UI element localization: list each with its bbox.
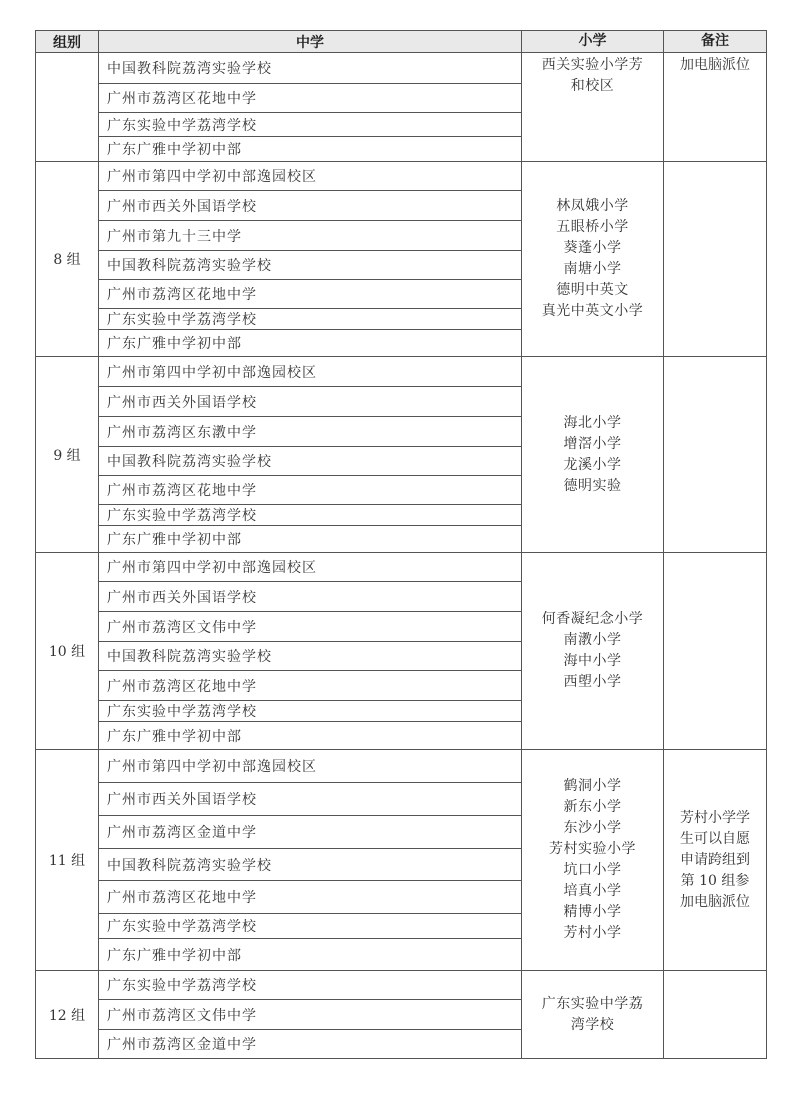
group-label-text: 8 组 <box>53 252 80 268</box>
middle-school-cell: 广州市荔湾区花地中学 <box>99 881 522 914</box>
middle-school-cell: 广州市第四中学初中部逸园校区 <box>99 553 522 582</box>
note-text: 生可以自愿 <box>664 829 766 850</box>
note-text: 芳村小学学 <box>664 808 766 829</box>
middle-school-cell: 广州市第四中学初中部逸园校区 <box>99 357 522 387</box>
primary-school-name: 南塘小学 <box>522 259 663 280</box>
primary-school-cell: 林凤娥小学五眼桥小学葵蓬小学南塘小学德明中英文真光中英文小学 <box>522 162 664 357</box>
middle-school-name: 广州市荔湾区花地中学 <box>107 287 257 303</box>
middle-school-cell: 广州市荔湾区金道中学 <box>99 1030 522 1059</box>
middle-school-cell: 广州市荔湾区东漖中学 <box>99 417 522 447</box>
middle-school-cell: 中国教科院荔湾实验学校 <box>99 849 522 881</box>
middle-school-name: 广州市第四中学初中部逸园校区 <box>107 169 317 185</box>
group-label-text: 12 组 <box>49 1008 85 1024</box>
note-text: 申请跨组到 <box>664 850 766 871</box>
table-row: 8 组广州市第四中学初中部逸园校区林凤娥小学五眼桥小学葵蓬小学南塘小学德明中英文… <box>36 162 767 191</box>
middle-school-cell: 广州市西关外国语学校 <box>99 191 522 221</box>
middle-school-cell: 广州市荔湾区花地中学 <box>99 476 522 505</box>
middle-school-cell: 广州市荔湾区花地中学 <box>99 671 522 701</box>
middle-school-name: 广州市西关外国语学校 <box>107 395 257 411</box>
note-text: 加电脑派位 <box>664 892 766 913</box>
primary-school-name: 西塱小学 <box>522 672 663 693</box>
primary-school-name: 龙溪小学 <box>522 455 663 476</box>
note-cell: 加电脑派位 <box>664 53 767 162</box>
primary-school-name: 五眼桥小学 <box>522 217 663 238</box>
middle-school-name: 中国教科院荔湾实验学校 <box>107 454 272 470</box>
school-assignment-table: 组别 中学 小学 备注 中国教科院荔湾实验学校西关实验小学芳和校区加电脑派位广州… <box>35 30 767 1059</box>
middle-school-name: 广州市荔湾区金道中学 <box>107 825 257 841</box>
middle-school-name: 广州市荔湾区花地中学 <box>107 91 257 107</box>
middle-school-cell: 中国教科院荔湾实验学校 <box>99 251 522 280</box>
note-text: 加电脑派位 <box>664 55 766 76</box>
middle-school-name: 中国教科院荔湾实验学校 <box>107 61 272 77</box>
primary-school-name: 真光中英文小学 <box>522 301 663 322</box>
middle-school-cell: 广州市荔湾区花地中学 <box>99 280 522 309</box>
primary-school-name: 德明中英文 <box>522 280 663 301</box>
middle-school-cell: 广州市荔湾区金道中学 <box>99 816 522 849</box>
middle-school-cell: 广东实验中学荔湾学校 <box>99 113 522 137</box>
note-cell <box>664 971 767 1059</box>
middle-school-name: 广东广雅中学初中部 <box>107 948 242 964</box>
primary-school-name: 坑口小学 <box>522 860 663 881</box>
primary-school-name: 和校区 <box>522 76 663 97</box>
middle-school-name: 中国教科院荔湾实验学校 <box>107 649 272 665</box>
header-note: 备注 <box>664 31 767 53</box>
middle-school-cell: 广州市西关外国语学校 <box>99 783 522 816</box>
primary-school-name: 新东小学 <box>522 797 663 818</box>
primary-school-cell: 鹤洞小学新东小学东沙小学芳村实验小学坑口小学培真小学精博小学芳村小学 <box>522 750 664 971</box>
note-cell: 芳村小学学生可以自愿申请跨组到第 10 组参加电脑派位 <box>664 750 767 971</box>
primary-school-name: 西关实验小学芳 <box>522 55 663 76</box>
middle-school-cell: 中国教科院荔湾实验学校 <box>99 53 522 84</box>
primary-school-name: 何香凝纪念小学 <box>522 609 663 630</box>
primary-school-name: 精博小学 <box>522 902 663 923</box>
middle-school-name: 广东广雅中学初中部 <box>107 532 242 548</box>
primary-school-name: 东沙小学 <box>522 818 663 839</box>
middle-school-cell: 广州市荔湾区花地中学 <box>99 84 522 113</box>
primary-school-name: 海中小学 <box>522 651 663 672</box>
header-middle-school: 中学 <box>99 31 522 53</box>
middle-school-name: 广州市荔湾区花地中学 <box>107 679 257 695</box>
group-label: 10 组 <box>36 553 99 750</box>
note-text: 第 10 组参 <box>664 871 766 892</box>
group-label-text: 10 组 <box>49 644 85 660</box>
table-row: 10 组广州市第四中学初中部逸园校区何香凝纪念小学南漖小学海中小学西塱小学 <box>36 553 767 582</box>
table-row: 11 组广州市第四中学初中部逸园校区鹤洞小学新东小学东沙小学芳村实验小学坑口小学… <box>36 750 767 783</box>
middle-school-name: 广东广雅中学初中部 <box>107 336 242 352</box>
primary-school-cell: 何香凝纪念小学南漖小学海中小学西塱小学 <box>522 553 664 750</box>
primary-school-name: 芳村实验小学 <box>522 839 663 860</box>
middle-school-name: 广东实验中学荔湾学校 <box>107 118 257 134</box>
middle-school-cell: 广东广雅中学初中部 <box>99 330 522 357</box>
primary-school-name: 湾学校 <box>522 1015 663 1036</box>
middle-school-cell: 广州市第四中学初中部逸园校区 <box>99 750 522 783</box>
table-row: 9 组广州市第四中学初中部逸园校区海北小学增滘小学龙溪小学德明实验 <box>36 357 767 387</box>
primary-school-name: 增滘小学 <box>522 434 663 455</box>
middle-school-cell: 广东实验中学荔湾学校 <box>99 971 522 1000</box>
middle-school-cell: 中国教科院荔湾实验学校 <box>99 447 522 476</box>
table-header-row: 组别 中学 小学 备注 <box>36 31 767 53</box>
middle-school-name: 广州市荔湾区金道中学 <box>107 1037 257 1053</box>
primary-school-name: 林凤娥小学 <box>522 196 663 217</box>
middle-school-cell: 广东实验中学荔湾学校 <box>99 309 522 330</box>
group-label: 12 组 <box>36 971 99 1059</box>
primary-school-name: 培真小学 <box>522 881 663 902</box>
group-label <box>36 53 99 162</box>
primary-school-cell: 西关实验小学芳和校区 <box>522 53 664 162</box>
primary-school-name: 南漖小学 <box>522 630 663 651</box>
primary-school-name: 广东实验中学荔 <box>522 994 663 1015</box>
group-label: 11 组 <box>36 750 99 971</box>
middle-school-cell: 广州市西关外国语学校 <box>99 387 522 417</box>
primary-school-name: 葵蓬小学 <box>522 238 663 259</box>
middle-school-cell: 广州市第九十三中学 <box>99 221 522 251</box>
middle-school-name: 中国教科院荔湾实验学校 <box>107 258 272 274</box>
header-primary-school: 小学 <box>522 31 664 53</box>
middle-school-name: 广东实验中学荔湾学校 <box>107 704 257 720</box>
primary-school-cell: 海北小学增滘小学龙溪小学德明实验 <box>522 357 664 553</box>
middle-school-cell: 广东广雅中学初中部 <box>99 722 522 750</box>
primary-school-name: 德明实验 <box>522 476 663 497</box>
primary-school-name: 海北小学 <box>522 413 663 434</box>
middle-school-cell: 广州市西关外国语学校 <box>99 582 522 612</box>
middle-school-cell: 广东实验中学荔湾学校 <box>99 914 522 939</box>
middle-school-name: 广东实验中学荔湾学校 <box>107 508 257 524</box>
note-cell <box>664 553 767 750</box>
middle-school-name: 广东广雅中学初中部 <box>107 142 242 158</box>
note-cell <box>664 162 767 357</box>
middle-school-cell: 广东实验中学荔湾学校 <box>99 505 522 526</box>
middle-school-cell: 广东广雅中学初中部 <box>99 526 522 553</box>
middle-school-cell: 广东广雅中学初中部 <box>99 939 522 971</box>
group-label: 9 组 <box>36 357 99 553</box>
middle-school-cell: 广州市荔湾区文伟中学 <box>99 612 522 642</box>
group-label-text: 9 组 <box>53 448 80 464</box>
middle-school-name: 广州市荔湾区东漖中学 <box>107 425 257 441</box>
middle-school-name: 广州市第四中学初中部逸园校区 <box>107 365 317 381</box>
middle-school-name: 广州市第四中学初中部逸园校区 <box>107 759 317 775</box>
middle-school-name: 广州市西关外国语学校 <box>107 792 257 808</box>
middle-school-name: 广东实验中学荔湾学校 <box>107 978 257 994</box>
table-row: 中国教科院荔湾实验学校西关实验小学芳和校区加电脑派位 <box>36 53 767 84</box>
table-row: 12 组广东实验中学荔湾学校广东实验中学荔湾学校 <box>36 971 767 1000</box>
middle-school-cell: 广东实验中学荔湾学校 <box>99 701 522 722</box>
header-group: 组别 <box>36 31 99 53</box>
middle-school-name: 广州市西关外国语学校 <box>107 590 257 606</box>
primary-school-name: 鹤洞小学 <box>522 776 663 797</box>
middle-school-cell: 广东广雅中学初中部 <box>99 137 522 162</box>
primary-school-name: 芳村小学 <box>522 923 663 944</box>
middle-school-name: 广东实验中学荔湾学校 <box>107 919 257 935</box>
group-label-text: 11 组 <box>49 853 85 869</box>
middle-school-name: 广州市荔湾区文伟中学 <box>107 620 257 636</box>
middle-school-name: 广东广雅中学初中部 <box>107 729 242 745</box>
middle-school-name: 广州市荔湾区花地中学 <box>107 890 257 906</box>
middle-school-name: 广州市第九十三中学 <box>107 229 242 245</box>
table-body: 中国教科院荔湾实验学校西关实验小学芳和校区加电脑派位广州市荔湾区花地中学广东实验… <box>36 53 767 1059</box>
group-label: 8 组 <box>36 162 99 357</box>
middle-school-cell: 中国教科院荔湾实验学校 <box>99 642 522 671</box>
middle-school-cell: 广州市荔湾区文伟中学 <box>99 1000 522 1030</box>
middle-school-name: 广州市西关外国语学校 <box>107 199 257 215</box>
primary-school-cell: 广东实验中学荔湾学校 <box>522 971 664 1059</box>
middle-school-name: 广州市荔湾区花地中学 <box>107 483 257 499</box>
note-cell <box>664 357 767 553</box>
middle-school-cell: 广州市第四中学初中部逸园校区 <box>99 162 522 191</box>
middle-school-name: 中国教科院荔湾实验学校 <box>107 858 272 874</box>
middle-school-name: 广州市荔湾区文伟中学 <box>107 1008 257 1024</box>
middle-school-name: 广州市第四中学初中部逸园校区 <box>107 560 317 576</box>
middle-school-name: 广东实验中学荔湾学校 <box>107 312 257 328</box>
